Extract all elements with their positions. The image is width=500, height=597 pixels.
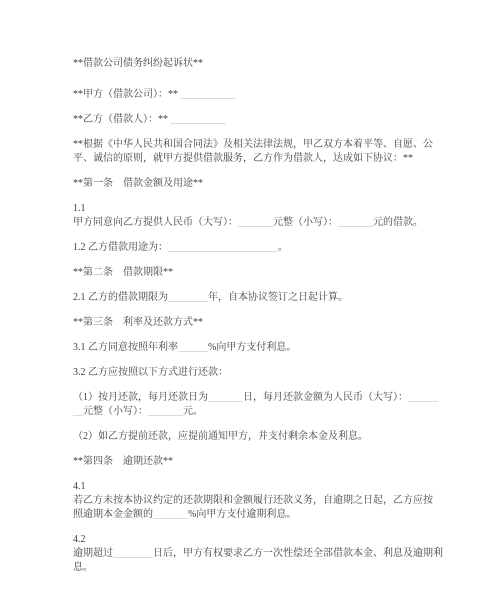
clause-3-1-para: 3.1 乙方同意按照年利率______%向甲方支付利息。 [73,341,445,355]
clause-3-2-item-1-line-1: （1）按月还款，每月还款日为_______日，每月还款金额为人民币（大写）：__… [73,391,445,405]
document-title-para: **借款公司债务纠纷起诉状** [73,57,445,71]
clause-4-2-number: 4.2 [73,533,445,547]
clause-4-1-line-1: 若乙方未按本协议约定的还款期限和金额履行还款义务，自逾期之日起，乙方应按 [73,494,445,508]
clause-4-1-para: 4.1 若乙方未按本协议约定的还款期限和金额履行还款义务，自逾期之日起，乙方应按… [73,480,445,522]
clause-3-2-item-2-text: （2）如乙方提前还款，应提前通知甲方，并支付剩余本金及利息。 [73,430,445,444]
preamble-line-2: 平、诚信的原则，就甲方提供借款服务，乙方作为借款人，达成如下协议：** [73,152,445,166]
article-3-heading: **第三条 利率及还款方式** [73,316,445,330]
clause-3-2-item-1-line-2: __元整（小写）：_______元。 [73,405,445,419]
clause-1-2-text: 1.2 乙方借款用途为：______________________。 [73,241,445,255]
party-a-para: **甲方（借款公司）：** ___________ [73,88,445,102]
clause-4-1-line-2: 照逾期本金金额的_______%向甲方支付逾期利息。 [73,508,445,522]
clause-4-1-number: 4.1 [73,480,445,494]
party-b-line: **乙方（借款人）：** ___________ [73,113,445,127]
clause-3-2-para: 3.2 乙方应按照以下方式进行还款： [73,366,445,380]
clause-3-1-text: 3.1 乙方同意按照年利率______%向甲方支付利息。 [73,341,445,355]
clause-3-2-item-2-para: （2）如乙方提前还款，应提前通知甲方，并支付剩余本金及利息。 [73,430,445,444]
clause-4-2-line-2: 息。 [73,561,445,575]
party-b-para: **乙方（借款人）：** ___________ [73,113,445,127]
clause-1-1-para: 1.1 甲方同意向乙方提供人民币（大写）：_______元整（小写）：_____… [73,202,445,230]
party-a-line: **甲方（借款公司）：** ___________ [73,88,445,102]
article-3-heading-para: **第三条 利率及还款方式** [73,316,445,330]
clause-4-2-para: 4.2 逾期超过________日后，甲方有权要求乙方一次性偿还全部借款本金、利… [73,533,445,575]
clause-2-1-text: 2.1 乙方的借款期限为________年，自本协议签订之日起计算。 [73,291,445,305]
preamble-para: **根据《中华人民共和国合同法》及相关法律法规，甲乙双方本着平等、自愿、公 平、… [73,138,445,166]
article-2-heading-para: **第二条 借款期限** [73,266,445,280]
document-title: **借款公司债务纠纷起诉状** [73,57,445,71]
article-1-heading: **第一条 借款金额及用途** [73,177,445,191]
article-2-heading: **第二条 借款期限** [73,266,445,280]
clause-1-2-para: 1.2 乙方借款用途为：______________________。 [73,241,445,255]
article-1-heading-para: **第一条 借款金额及用途** [73,177,445,191]
clause-1-1-text: 甲方同意向乙方提供人民币（大写）：_______元整（小写）：_______元的… [73,216,445,230]
article-4-heading-para: **第四条 逾期还款** [73,455,445,469]
clause-3-2-item-1-para: （1）按月还款，每月还款日为_______日，每月还款金额为人民币（大写）：__… [73,391,445,419]
clause-1-1-number: 1.1 [73,202,445,216]
clause-2-1-para: 2.1 乙方的借款期限为________年，自本协议签订之日起计算。 [73,291,445,305]
article-4-heading: **第四条 逾期还款** [73,455,445,469]
preamble-line-1: **根据《中华人民共和国合同法》及相关法律法规，甲乙双方本着平等、自愿、公 [73,138,445,152]
clause-3-2-text: 3.2 乙方应按照以下方式进行还款： [73,366,445,380]
contract-document-page: **借款公司债务纠纷起诉状** **甲方（借款公司）：** __________… [0,0,500,597]
clause-4-2-line-1: 逾期超过________日后，甲方有权要求乙方一次性偿还全部借款本金、利息及逾期… [73,547,445,561]
